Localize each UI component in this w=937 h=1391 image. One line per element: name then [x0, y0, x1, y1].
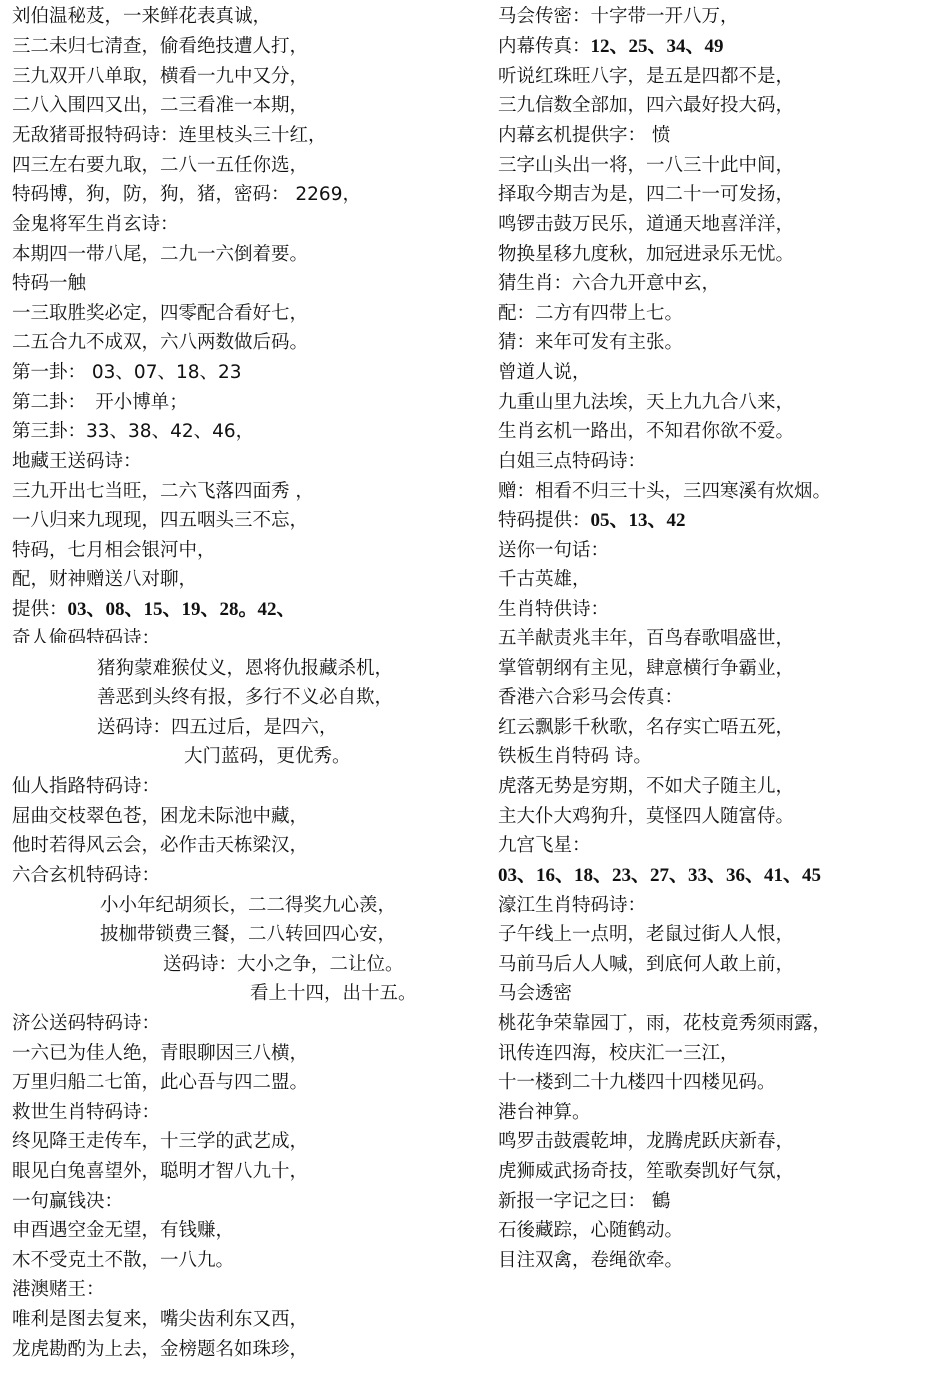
text-line: 讯传连四海，校庆汇一三江， [498, 1043, 739, 1065]
line-text: 听说红珠旺八字，是五是四都不是， [498, 66, 794, 87]
text-line: 奇人偷码特码诗： [12, 628, 160, 643]
text-line: 三九双开八单取，横看一九中又分， [12, 66, 308, 88]
line-text: 特码博，狗，防，狗，猪，密码： 2269， [12, 184, 361, 205]
text-line: 眼见白兔喜望外，聪明才智八九十， [12, 1161, 308, 1183]
text-line: 曾道人说， [498, 362, 591, 384]
text-line: 大门蓝码，更优秀。 [184, 746, 351, 768]
line-text: 九宫飞星： [498, 835, 591, 856]
line-text: 大门蓝码，更优秀。 [184, 746, 351, 767]
line-text: 四三左右要九取，二八一五任你选， [12, 155, 308, 176]
text-line: 披枷带锁费三餐，二八转回四心安， [100, 924, 396, 946]
line-text: 三字山头出一将，一八三十此中间， [498, 155, 794, 176]
line-text: 生肖玄机一路出，不知君你欲不爱。 [498, 421, 794, 442]
text-line: 木不受克土不散，一八九。 [12, 1250, 234, 1272]
text-line: 马会传密：十字带一开八万， [498, 6, 739, 28]
line-text: 万里归船二七笛，此心吾与四二盟。 [12, 1072, 308, 1093]
line-text: 千古英雄， [498, 569, 591, 590]
line-text: 五羊献责兆丰年，百鸟春歌唱盛世， [498, 628, 794, 649]
text-line: 送码诗：大小之争，二让位。 [163, 954, 404, 976]
text-line: 唯利是图去复来，嘴尖齿利东又西， [12, 1309, 308, 1331]
line-text: 红云飘影千秋歌，名存实亡唔五死， [498, 717, 794, 738]
text-line: 配：二方有四带上七。 [498, 303, 683, 325]
line-text: 屈曲交枝翠色苍，困龙未际池中藏， [12, 806, 308, 827]
text-line: 第三卦：33、38、42、46， [12, 421, 254, 443]
text-line: 济公送码特码诗： [12, 1013, 160, 1035]
lottery-numbers: 05、13、42 [591, 510, 686, 531]
text-line: 鸣锣击鼓万民乐，道通天地喜洋洋， [498, 214, 794, 236]
text-line: 新报一字记之曰： 鶴 [498, 1191, 670, 1213]
text-line: 猜生肖：六合九开意中玄， [498, 273, 720, 295]
line-text: 眼见白兔喜望外，聪明才智八九十， [12, 1161, 308, 1182]
line-text: 目注双禽，卷绳欲牵。 [498, 1250, 683, 1271]
text-line: 石後藏踪，心随鹤动。 [498, 1220, 683, 1242]
text-line: 白姐三点特码诗： [498, 451, 646, 473]
text-line: 特码一触 [12, 273, 86, 295]
text-line: 四三左右要九取，二八一五任你选， [12, 155, 308, 177]
line-text: 生肖特供诗： [498, 599, 609, 620]
text-line: 03、16、18、23、27、33、36、41、45 [498, 865, 821, 887]
text-line: 一八归来九现现，四五咽头三不忘， [12, 510, 308, 532]
line-text: 仙人指路特码诗： [12, 776, 160, 797]
text-line: 一句赢钱决： [12, 1191, 123, 1213]
text-line: 五羊献责兆丰年，百鸟春歌唱盛世， [498, 628, 794, 650]
text-line: 内幕玄机提供字： 愤 [498, 125, 670, 147]
text-line: 虎狮威武扬奇技，笙歌奏凯好气氛， [498, 1161, 794, 1183]
text-line: 赠：相看不归三十头，三四寒溪有炊烟。 [498, 481, 831, 503]
line-text: 三九信数全部加，四六最好投大码， [498, 95, 794, 116]
line-text: 第二卦： 开小博单； [12, 392, 188, 413]
line-text: 一三取胜奖必定，四零配合看好七， [12, 303, 308, 324]
text-line: 濠江生肖特码诗： [498, 895, 646, 917]
text-line: 送码诗：四五过后，是四六， [97, 717, 338, 739]
text-line: 虎落无势是穷期，不如犬子随主儿， [498, 776, 794, 798]
text-line: 第一卦： 03、07、18、23 [12, 362, 242, 384]
line-text: 送码诗：大小之争，二让位。 [163, 954, 404, 975]
line-text: 曾道人说， [498, 362, 591, 383]
line-text: 鸣罗击鼓震乾坤，龙腾虎跃庆新春， [498, 1131, 794, 1152]
line-text: 二八入围四又出，二三看准一本期， [12, 95, 308, 116]
text-line: 听说红珠旺八字，是五是四都不是， [498, 66, 794, 88]
line-text: 虎狮威武扬奇技，笙歌奏凯好气氛， [498, 1161, 794, 1182]
line-text: 主大仆大鸡狗升，莫怪四人随富侍。 [498, 806, 794, 827]
line-text: 新报一字记之曰： 鶴 [498, 1191, 670, 1212]
line-text: 看上十四，出十五。 [250, 983, 417, 1004]
line-text: 本期四一带八尾，二九一六倒着要。 [12, 244, 308, 265]
text-line: 三字山头出一将，一八三十此中间， [498, 155, 794, 177]
text-line: 特码博，狗，防，狗，猪，密码： 2269， [12, 184, 361, 206]
line-text: 虎落无势是穷期，不如犬子随主儿， [498, 776, 794, 797]
line-text: 龙虎勘酌为上去，金榜题名如珠珍， [12, 1339, 308, 1360]
line-text: 港台神算。 [498, 1102, 591, 1123]
text-line: 目注双禽，卷绳欲牵。 [498, 1250, 683, 1272]
line-text: 内幕玄机提供字： 愤 [498, 125, 670, 146]
line-text: 救世生肖特码诗： [12, 1102, 160, 1123]
text-line: 一六已为佳人绝，青眼聊因三八横， [12, 1043, 308, 1065]
text-line: 主大仆大鸡狗升，莫怪四人随富侍。 [498, 806, 794, 828]
line-text: 披枷带锁费三餐，二八转回四心安， [100, 924, 396, 945]
text-line: 马会透密 [498, 983, 572, 1005]
line-label: 内幕传真： [498, 36, 591, 57]
text-line: 铁板生肖特码 诗。 [498, 746, 652, 768]
line-text: 子午线上一点明，老鼠过街人人恨， [498, 924, 794, 945]
text-line: 本期四一带八尾，二九一六倒着要。 [12, 244, 308, 266]
lottery-poem-document: 刘伯温秘芨，一来鲜花表真诚，三二未归七清查，偷看绝技遭人打，三九双开八单取，横看… [0, 0, 937, 1391]
text-line: 子午线上一点明，老鼠过街人人恨， [498, 924, 794, 946]
text-line: 刘伯温秘芨，一来鲜花表真诚， [12, 6, 271, 28]
text-line: 生肖特供诗： [498, 599, 609, 621]
text-line: 看上十四，出十五。 [250, 983, 417, 1005]
line-text: 配：二方有四带上七。 [498, 303, 683, 324]
line-text: 送你一句话： [498, 540, 609, 561]
text-line: 掌管朝纲有主见，肆意横行争霸业， [498, 658, 794, 680]
line-text: 港澳赌王： [12, 1279, 105, 1300]
line-text: 铁板生肖特码 诗。 [498, 746, 652, 767]
line-label: 特码提供： [498, 510, 591, 531]
line-text: 终见降王走传车，十三学的武艺成， [12, 1131, 308, 1152]
text-line: 九重山里九法埃，天上九九合八来， [498, 392, 794, 414]
text-line: 生肖玄机一路出，不知君你欲不爱。 [498, 421, 794, 443]
text-line: 二五合九不成双，六八两数做后码。 [12, 332, 308, 354]
text-line: 第二卦： 开小博单； [12, 392, 188, 414]
lottery-numbers: 12、25、34、49 [591, 36, 724, 57]
text-line: 他时若得风云会，必作击天栋梁汉， [12, 835, 308, 857]
text-line: 三九开出七当旺，二六飞落四面秀 ， [12, 481, 314, 503]
line-text: 猜生肖：六合九开意中玄， [498, 273, 720, 294]
line-text: 白姐三点特码诗： [498, 451, 646, 472]
text-line: 桃花争荣靠园丁，雨，花枝竟秀须雨露， [498, 1013, 831, 1035]
line-text: 物换星移九度秋，加冠进录乐无忧。 [498, 244, 794, 265]
line-text: 猜：来年可发有主张。 [498, 332, 683, 353]
line-text: 九重山里九法埃，天上九九合八来， [498, 392, 794, 413]
line-text: 二五合九不成双，六八两数做后码。 [12, 332, 308, 353]
text-line: 二八入围四又出，二三看准一本期， [12, 95, 308, 117]
text-line: 港台神算。 [498, 1102, 591, 1124]
line-text: 送码诗：四五过后，是四六， [97, 717, 338, 738]
text-line: 龙虎勘酌为上去，金榜题名如珠珍， [12, 1339, 308, 1361]
line-text: 第一卦： 03、07、18、23 [12, 362, 242, 383]
text-line: 配，财神赠送八对聊， [12, 569, 197, 591]
text-line: 特码，七月相会银河中， [12, 540, 216, 562]
line-text: 善恶到头终有报，多行不义必自欺， [97, 687, 393, 708]
line-text: 木不受克土不散，一八九。 [12, 1250, 234, 1271]
text-line: 三九信数全部加，四六最好投大码， [498, 95, 794, 117]
text-line: 猪狗蒙难猴仗义，恩将仇报藏杀机， [97, 658, 393, 680]
line-text: 十一楼到二十九楼四十四楼见码。 [498, 1072, 776, 1093]
text-line: 十一楼到二十九楼四十四楼见码。 [498, 1072, 776, 1094]
text-line: 地藏王送码诗： [12, 451, 142, 473]
text-line: 送你一句话： [498, 540, 609, 562]
text-line: 六合玄机特码诗： [12, 865, 160, 887]
line-text: 马会传密：十字带一开八万， [498, 6, 739, 27]
line-text: 申酉遇空金无望，有钱赚， [12, 1220, 234, 1241]
line-text: 鸣锣击鼓万民乐，道通天地喜洋洋， [498, 214, 794, 235]
text-line: 千古英雄， [498, 569, 591, 591]
text-line: 猜：来年可发有主张。 [498, 332, 683, 354]
line-text: 三九开出七当旺，二六飞落四面秀 ， [12, 481, 314, 502]
line-text: 香港六合彩马会传真： [498, 687, 683, 708]
text-line: 三二未归七清查，偷看绝技遭人打， [12, 36, 308, 58]
line-text: 择取今期吉为是，四二十一可发扬， [498, 184, 794, 205]
text-line: 物换星移九度秋，加冠进录乐无忧。 [498, 244, 794, 266]
line-text: 刘伯温秘芨，一来鲜花表真诚， [12, 6, 271, 27]
lottery-numbers: 03、16、18、23、27、33、36、41、45 [498, 865, 821, 886]
text-line: 九宫飞星： [498, 835, 591, 857]
line-text: 猪狗蒙难猴仗义，恩将仇报藏杀机， [97, 658, 393, 679]
text-line: 一三取胜奖必定，四零配合看好七， [12, 303, 308, 325]
line-text: 济公送码特码诗： [12, 1013, 160, 1034]
text-line: 香港六合彩马会传真： [498, 687, 683, 709]
line-text: 小小年纪胡须长，二二得奖九心羡， [100, 895, 396, 916]
line-text: 特码，七月相会银河中， [12, 540, 216, 561]
line-text: 一句赢钱决： [12, 1191, 123, 1212]
text-line: 马前马后人人喊，到底何人敢上前， [498, 954, 794, 976]
line-text: 讯传连四海，校庆汇一三江， [498, 1043, 739, 1064]
text-line: 屈曲交枝翠色苍，困龙未际池中藏， [12, 806, 308, 828]
line-text: 唯利是图去复来，嘴尖齿利东又西， [12, 1309, 308, 1330]
line-text: 三九双开八单取，横看一九中又分， [12, 66, 308, 87]
line-text: 第三卦：33、38、42、46， [12, 421, 254, 442]
line-text: 掌管朝纲有主见，肆意横行争霸业， [498, 658, 794, 679]
line-text: 石後藏踪，心随鹤动。 [498, 1220, 683, 1241]
text-line: 申酉遇空金无望，有钱赚， [12, 1220, 234, 1242]
text-line: 小小年纪胡须长，二二得奖九心羡， [100, 895, 396, 917]
text-line: 提供：03、08、15、19、28。42、 [12, 599, 296, 621]
text-line: 特码提供：05、13、42 [498, 510, 686, 532]
line-text: 特码一触 [12, 273, 86, 294]
line-text: 一八归来九现现，四五咽头三不忘， [12, 510, 308, 531]
line-text: 桃花争荣靠园丁，雨，花枝竟秀须雨露， [498, 1013, 831, 1034]
text-line: 无敌猪哥报特码诗：连里枝头三十红， [12, 125, 327, 147]
line-text: 奇人偷码特码诗： [12, 628, 160, 643]
line-text: 一六已为佳人绝，青眼聊因三八横， [12, 1043, 308, 1064]
lottery-numbers: 03、08、15、19、28。42、 [68, 599, 296, 620]
line-text: 马前马后人人喊，到底何人敢上前， [498, 954, 794, 975]
text-line: 鸣罗击鼓震乾坤，龙腾虎跃庆新春， [498, 1131, 794, 1153]
text-line: 善恶到头终有报，多行不义必自欺， [97, 687, 393, 709]
line-label: 提供： [12, 599, 68, 620]
line-text: 马会透密 [498, 983, 572, 1004]
line-text: 金鬼将军生肖玄诗： [12, 214, 179, 235]
text-line: 万里归船二七笛，此心吾与四二盟。 [12, 1072, 308, 1094]
text-line: 金鬼将军生肖玄诗： [12, 214, 179, 236]
line-text: 配，财神赠送八对聊， [12, 569, 197, 590]
line-text: 地藏王送码诗： [12, 451, 142, 472]
text-line: 择取今期吉为是，四二十一可发扬， [498, 184, 794, 206]
line-text: 濠江生肖特码诗： [498, 895, 646, 916]
line-text: 他时若得风云会，必作击天栋梁汉， [12, 835, 308, 856]
text-line: 终见降王走传车，十三学的武艺成， [12, 1131, 308, 1153]
text-line: 救世生肖特码诗： [12, 1102, 160, 1124]
line-text: 三二未归七清查，偷看绝技遭人打， [12, 36, 308, 57]
line-text: 无敌猪哥报特码诗：连里枝头三十红， [12, 125, 327, 146]
text-line: 红云飘影千秋歌，名存实亡唔五死， [498, 717, 794, 739]
line-text: 赠：相看不归三十头，三四寒溪有炊烟。 [498, 481, 831, 502]
text-line: 港澳赌王： [12, 1279, 105, 1301]
text-line: 内幕传真：12、25、34、49 [498, 36, 724, 58]
text-line: 仙人指路特码诗： [12, 776, 160, 798]
line-text: 六合玄机特码诗： [12, 865, 160, 886]
